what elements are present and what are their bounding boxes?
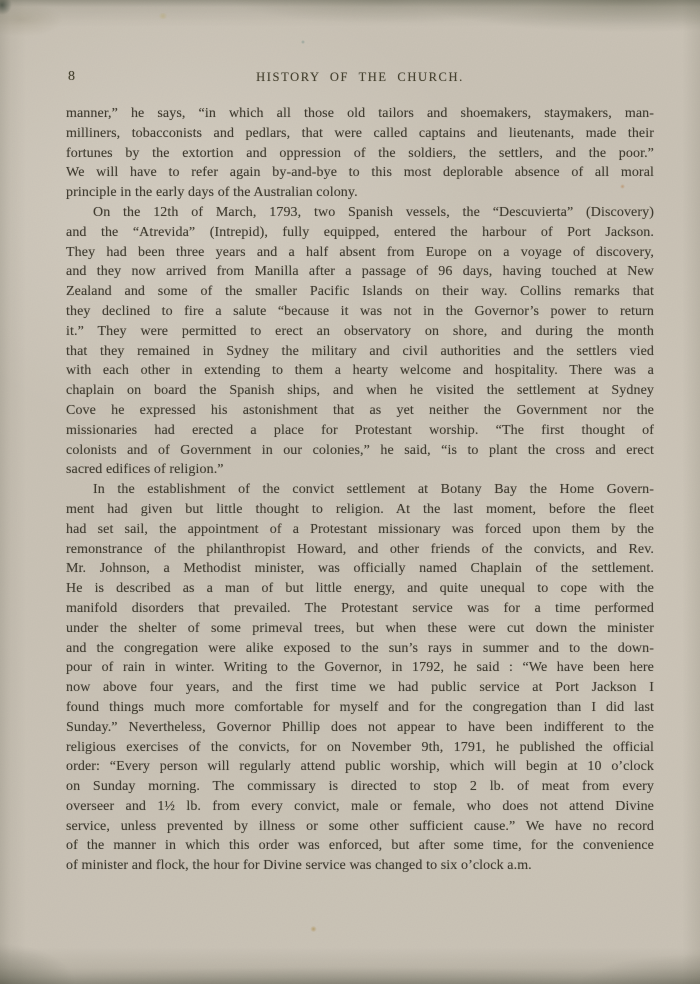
text-line: under the shelter of some primeval trees…: [66, 619, 654, 639]
text-line: ment had given but little thought to rel…: [66, 500, 654, 520]
text-line: had set sail, the appointment of a Prote…: [66, 520, 654, 540]
text-line: with each other in extending to them a h…: [66, 361, 654, 381]
text-line: that they remained in Sydney the militar…: [66, 342, 654, 362]
running-head: 8 HISTORY OF THE CHURCH.: [66, 70, 654, 85]
text-line: remonstrance of the philanthropist Howar…: [66, 540, 654, 560]
text-line: principle in the early days of the Austr…: [66, 183, 654, 203]
text-line: it.” They were permitted to erect an obs…: [66, 322, 654, 342]
text-line: service, unless prevented by illness or …: [66, 817, 654, 837]
text-line: In the establishment of the convict sett…: [66, 480, 654, 500]
running-title: HISTORY OF THE CHURCH.: [256, 70, 464, 84]
text-line: Zealand and some of the smaller Pacific …: [66, 282, 654, 302]
text-line: chaplain on board the Spanish ships, and…: [66, 381, 654, 401]
text-line: and the “Atrevida” (Intrepid), fully equ…: [66, 223, 654, 243]
text-line: He is described as a man of but little e…: [66, 579, 654, 599]
text-line: missionaries had erected a place for Pro…: [66, 421, 654, 441]
text-line: found things much more comfortable for m…: [66, 698, 654, 718]
paragraph: On the 12th of March, 1793, two Spanish …: [66, 203, 654, 480]
text-line: they declined to fire a salute “because …: [66, 302, 654, 322]
text-line: religious exercises of the convicts, for…: [66, 738, 654, 758]
text-line: milliners, tobacconists and pedlars, tha…: [66, 124, 654, 144]
text-line: of minister and flock, the hour for Divi…: [66, 856, 654, 876]
page-text: manner,” he says, “in which all those ol…: [66, 104, 654, 876]
text-line: Mr. Johnson, a Methodist minister, was o…: [66, 559, 654, 579]
page-number: 8: [68, 69, 75, 85]
text-line: and they now arrived from Manilla after …: [66, 262, 654, 282]
paper-stain: [301, 40, 305, 44]
text-line: overseer and 1½ lb. from every convict, …: [66, 797, 654, 817]
text-line: order: “Every person will regularly atte…: [66, 757, 654, 777]
paragraph: manner,” he says, “in which all those ol…: [66, 104, 654, 203]
text-line: Sunday.” Nevertheless, Governor Phillip …: [66, 718, 654, 738]
text-line: sacred edifices of religion.”: [66, 460, 654, 480]
paragraph: In the establishment of the convict sett…: [66, 480, 654, 876]
text-line: Cove he expressed his astonishment that …: [66, 401, 654, 421]
paper-stain: [158, 13, 168, 19]
text-line: on Sunday morning. The commissary is dir…: [66, 777, 654, 797]
text-line: manner,” he says, “in which all those ol…: [66, 104, 654, 124]
text-line: We will have to refer again by-and-bye t…: [66, 163, 654, 183]
text-line: fortunes by the extortion and oppression…: [66, 144, 654, 164]
text-line: They had been three years and a half abs…: [66, 243, 654, 263]
text-line: On the 12th of March, 1793, two Spanish …: [66, 203, 654, 223]
text-line: and the congregation were alike exposed …: [66, 639, 654, 659]
paper-stain: [310, 926, 317, 932]
text-line: of the manner in which this order was en…: [66, 836, 654, 856]
text-line: manifold disorders that prevailed. The P…: [66, 599, 654, 619]
text-line: colonists and of Government in our colon…: [66, 441, 654, 461]
book-page: 8 HISTORY OF THE CHURCH. manner,” he say…: [0, 0, 700, 984]
text-line: now above four years, and the first time…: [66, 678, 654, 698]
text-line: pour of rain in winter. Writing to the G…: [66, 658, 654, 678]
